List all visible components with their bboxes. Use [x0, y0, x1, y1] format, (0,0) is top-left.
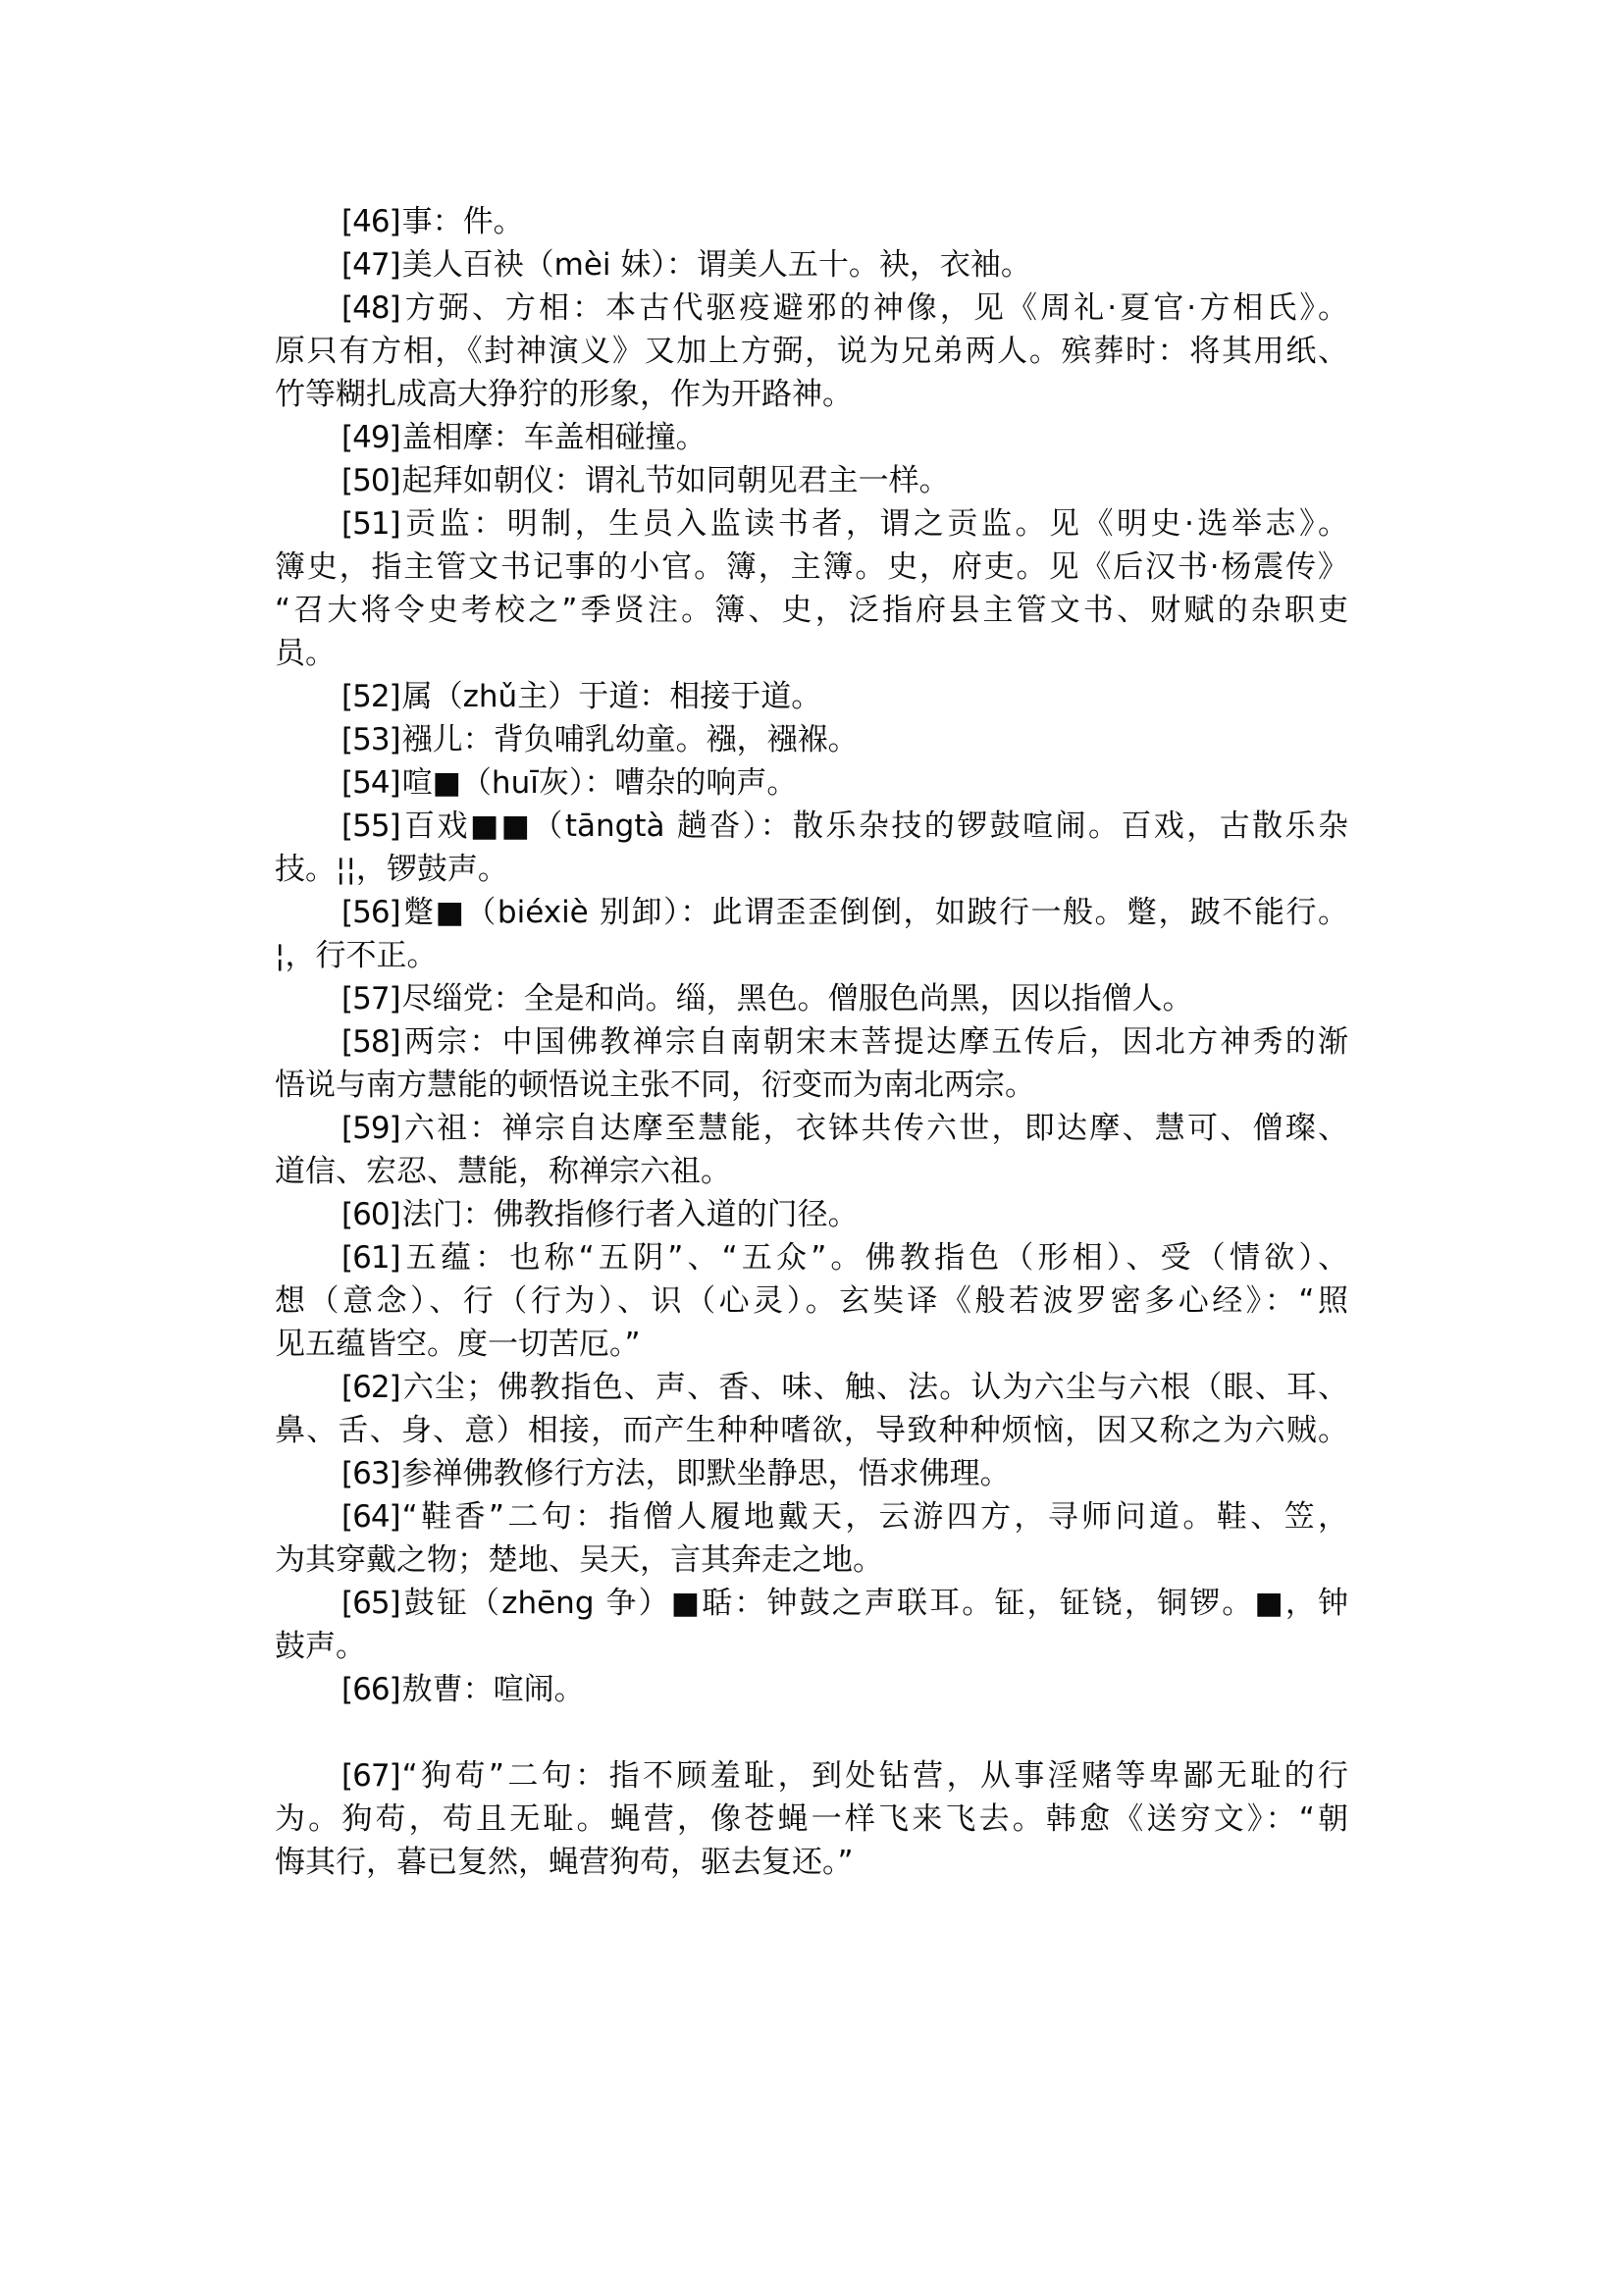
footnote-line: [53]襁儿：背负哺乳幼童。襁，襁褓。 [275, 718, 1348, 761]
footnote-57: [57]尽缁党：全是和尚。缁，黑色。僧服色尚黑，因以指僧人。 [275, 977, 1348, 1020]
footnote-number: [51] [341, 506, 400, 542]
footnote-text: 盖相摩：车盖相碰撞。 [402, 420, 707, 455]
footnote-line: [66]敖曹：喧闹。 [275, 1668, 1348, 1711]
footnote-text: 属（zhǔ主）于道：相接于道。 [402, 679, 822, 714]
footnote-number: [52] [341, 679, 400, 714]
footnote-60: [60]法门：佛教指修行者入道的门径。 [275, 1193, 1348, 1236]
footnote-number: [57] [341, 981, 400, 1017]
footnote-line: 悟说与南方慧能的顿悟说主张不同，衍变而为南北两宗。 [275, 1064, 1348, 1107]
footnote-text: 贡监：明制，生员入监读书者，谓之贡监。见《明史·选举志》。 [402, 506, 1348, 542]
footnote-line: [51]贡监：明制，生员入监读书者，谓之贡监。见《明史·选举志》。 [275, 502, 1348, 546]
footnote-line: [60]法门：佛教指修行者入道的门径。 [275, 1193, 1348, 1236]
footnote-text: 参禅佛教修行方法，即默坐静思，悟求佛理。 [402, 1456, 1011, 1491]
footnote-number: [47] [341, 247, 400, 283]
footnote-text: 六尘；佛教指色、声、香、味、触、法。认为六尘与六根（眼、耳、 [402, 1370, 1348, 1405]
footnote-number: [50] [341, 463, 400, 498]
footnote-text: 五蕴：也称“五阴”、“五众”。佛教指色（形相）、受（情欲）、 [402, 1240, 1348, 1276]
footnote-49: [49]盖相摩：车盖相碰撞。 [275, 416, 1348, 459]
footnote-line: [52]属（zhǔ主）于道：相接于道。 [275, 675, 1348, 718]
footnote-50: [50]起拜如朝仪：谓礼节如同朝见君主一样。 [275, 459, 1348, 502]
footnote-line: [65]鼓钲（zhēng 争）■聒：钟鼓之声联耳。钲，钲铙，铜锣。■，钟 [275, 1582, 1348, 1625]
footnote-line: 簿史，指主管文书记事的小官。簿，主簿。史，府吏。见《后汉书·杨震传》 [275, 546, 1348, 589]
footnote-number: [53] [341, 722, 400, 757]
footnote-54: [54]喧■（huī灰）：嘈杂的响声。 [275, 761, 1348, 805]
footnote-65: [65]鼓钲（zhēng 争）■聒：钟鼓之声联耳。钲，钲铙，铜锣。■，钟 鼓声。 [275, 1582, 1348, 1668]
footnote-text: 蹩■（biéxiè 别卸）：此谓歪歪倒倒，如跛行一般。蹩，跛不能行。 [402, 895, 1348, 930]
footnote-text: 六祖：禅宗自达摩至慧能，衣钵共传六世，即达摩、慧可、僧璨、 [402, 1111, 1348, 1146]
footnote-text: 起拜如朝仪：谓礼节如同朝见君主一样。 [402, 463, 950, 498]
footnote-47: [47]美人百袂（mèi 妹）：谓美人五十。袂，衣袖。 [275, 243, 1348, 287]
footnote-line: [47]美人百袂（mèi 妹）：谓美人五十。袂，衣袖。 [275, 243, 1348, 287]
footnote-51: [51]贡监：明制，生员入监读书者，谓之贡监。见《明史·选举志》。 簿史，指主管… [275, 502, 1348, 675]
footnote-63: [63]参禅佛教修行方法，即默坐静思，悟求佛理。 [275, 1452, 1348, 1495]
footnote-line: [64]“鞋香”二句：指僧人履地戴天，云游四方，寻师问道。鞋、笠， [275, 1495, 1348, 1538]
footnote-line: 为。狗苟，苟且无耻。蝇营，像苍蝇一样飞来飞去。韩愈《送穷文》：“朝 [275, 1798, 1348, 1841]
footnote-number: [64] [341, 1499, 400, 1535]
footnote-line: 技。¦¦，锣鼓声。 [275, 848, 1348, 891]
footnote-line: 为其穿戴之物；楚地、吴天，言其奔走之地。 [275, 1538, 1348, 1582]
footnote-line: 悔其行，暮已复然，蝇营狗苟，驱去复还。” [275, 1841, 1348, 1884]
footnote-line: [50]起拜如朝仪：谓礼节如同朝见君主一样。 [275, 459, 1348, 502]
blank-line [275, 1711, 1348, 1754]
footnote-text: 方弼、方相：本古代驱疫避邪的神像，见《周礼·夏官·方相氏》。 [402, 290, 1348, 326]
footnote-line: [46]事：件。 [275, 200, 1348, 243]
footnote-line: [48]方弼、方相：本古代驱疫避邪的神像，见《周礼·夏官·方相氏》。 [275, 287, 1348, 330]
footnote-number: [63] [341, 1456, 400, 1491]
footnote-number: [56] [341, 895, 400, 930]
footnote-64: [64]“鞋香”二句：指僧人履地戴天，云游四方，寻师问道。鞋、笠， 为其穿戴之物… [275, 1495, 1348, 1582]
footnote-number: [58] [341, 1024, 400, 1060]
footnote-line: [59]六祖：禅宗自达摩至慧能，衣钵共传六世，即达摩、慧可、僧璨、 [275, 1107, 1348, 1150]
footnote-number: [54] [341, 765, 400, 801]
footnote-number: [62] [341, 1370, 400, 1405]
footnote-text: 喧■（huī灰）：嘈杂的响声。 [402, 765, 798, 801]
footnote-text: 两宗：中国佛教禅宗自南朝宋末菩提达摩五传后，因北方神秀的渐 [402, 1024, 1348, 1060]
footnote-number: [61] [341, 1240, 400, 1276]
footnote-line: [67]“狗苟”二句：指不顾羞耻，到处钻营，从事淫赌等卑鄙无耻的行 [275, 1754, 1348, 1798]
footnote-text: 百戏■■（tāngtà 趟沓）：散乐杂技的锣鼓喧闹。百戏，古散乐杂 [402, 808, 1348, 844]
footnote-53: [53]襁儿：背负哺乳幼童。襁，襁褓。 [275, 718, 1348, 761]
footnote-line: 鼓声。 [275, 1625, 1348, 1668]
footnote-line: 见五蕴皆空。度一切苦厄。” [275, 1323, 1348, 1366]
footnote-line: [63]参禅佛教修行方法，即默坐静思，悟求佛理。 [275, 1452, 1348, 1495]
footnote-number: [66] [341, 1672, 400, 1707]
footnote-61: [61]五蕴：也称“五阴”、“五众”。佛教指色（形相）、受（情欲）、 想（意念）… [275, 1236, 1348, 1366]
footnote-62: [62]六尘；佛教指色、声、香、味、触、法。认为六尘与六根（眼、耳、 鼻、舌、身… [275, 1366, 1348, 1452]
footnote-line: 想（意念）、行（行为）、识（心灵）。玄奘译《般若波罗密多心经》：“照 [275, 1279, 1348, 1323]
footnote-56: [56]蹩■（biéxiè 别卸）：此谓歪歪倒倒，如跛行一般。蹩，跛不能行。 ¦… [275, 891, 1348, 977]
footnote-line: [58]两宗：中国佛教禅宗自南朝宋末菩提达摩五传后，因北方神秀的渐 [275, 1020, 1348, 1064]
footnote-number: [65] [341, 1586, 400, 1621]
footnote-text: 事：件。 [402, 204, 524, 239]
footnote-text: 襁儿：背负哺乳幼童。襁，襁褓。 [402, 722, 859, 757]
footnote-text: “狗苟”二句：指不顾羞耻，到处钻营，从事淫赌等卑鄙无耻的行 [402, 1758, 1348, 1794]
footnote-66: [66]敖曹：喧闹。 [275, 1668, 1348, 1711]
footnote-number: [49] [341, 420, 400, 455]
footnote-number: [60] [341, 1197, 400, 1232]
footnote-text: 敖曹：喧闹。 [402, 1672, 585, 1707]
footnote-text: 尽缁党：全是和尚。缁，黑色。僧服色尚黑，因以指僧人。 [402, 981, 1193, 1017]
document-page: [46]事：件。 [47]美人百袂（mèi 妹）：谓美人五十。袂，衣袖。 [48… [0, 0, 1624, 2294]
footnote-line: [57]尽缁党：全是和尚。缁，黑色。僧服色尚黑，因以指僧人。 [275, 977, 1348, 1020]
footnote-line: 道信、宏忍、慧能，称禅宗六祖。 [275, 1150, 1348, 1193]
footnote-line: ¦，行不正。 [275, 934, 1348, 977]
footnote-number: [59] [341, 1111, 400, 1146]
footnote-line: 员。 [275, 632, 1348, 675]
footnote-number: [55] [341, 808, 400, 844]
footnote-48: [48]方弼、方相：本古代驱疫避邪的神像，见《周礼·夏官·方相氏》。 原只有方相… [275, 287, 1348, 416]
footnote-67: [67]“狗苟”二句：指不顾羞耻，到处钻营，从事淫赌等卑鄙无耻的行 为。狗苟，苟… [275, 1754, 1348, 1884]
footnote-46: [46]事：件。 [275, 200, 1348, 243]
footnote-58: [58]两宗：中国佛教禅宗自南朝宋末菩提达摩五传后，因北方神秀的渐 悟说与南方慧… [275, 1020, 1348, 1107]
footnote-52: [52]属（zhǔ主）于道：相接于道。 [275, 675, 1348, 718]
footnote-text: “鞋香”二句：指僧人履地戴天，云游四方，寻师问道。鞋、笠， [402, 1499, 1348, 1535]
footnote-number: [46] [341, 204, 400, 239]
footnote-number: [48] [341, 290, 400, 326]
footnote-line: [61]五蕴：也称“五阴”、“五众”。佛教指色（形相）、受（情欲）、 [275, 1236, 1348, 1279]
footnote-line: [62]六尘；佛教指色、声、香、味、触、法。认为六尘与六根（眼、耳、 [275, 1366, 1348, 1409]
footnote-number: [67] [341, 1758, 400, 1794]
footnote-text: 鼓钲（zhēng 争）■聒：钟鼓之声联耳。钲，钲铙，铜锣。■，钟 [402, 1586, 1348, 1621]
footnote-line: 竹等糊扎成高大狰狞的形象，作为开路神。 [275, 373, 1348, 416]
footnote-line: 原只有方相，《封神演义》又加上方弼，说为兄弟两人。殡葬时：将其用纸、 [275, 330, 1348, 373]
footnote-line: [55]百戏■■（tāngtà 趟沓）：散乐杂技的锣鼓喧闹。百戏，古散乐杂 [275, 805, 1348, 848]
footnote-line: [56]蹩■（biéxiè 别卸）：此谓歪歪倒倒，如跛行一般。蹩，跛不能行。 [275, 891, 1348, 934]
footnote-line: [54]喧■（huī灰）：嘈杂的响声。 [275, 761, 1348, 805]
footnote-59: [59]六祖：禅宗自达摩至慧能，衣钵共传六世，即达摩、慧可、僧璨、 道信、宏忍、… [275, 1107, 1348, 1193]
footnote-text: 法门：佛教指修行者入道的门径。 [402, 1197, 859, 1232]
footnote-line: “召大将令史考校之”季贤注。簿、史，泛指府县主管文书、财赋的杂职吏 [275, 589, 1348, 632]
footnote-line: [49]盖相摩：车盖相碰撞。 [275, 416, 1348, 459]
footnote-55: [55]百戏■■（tāngtà 趟沓）：散乐杂技的锣鼓喧闹。百戏，古散乐杂 技。… [275, 805, 1348, 891]
footnote-text: 美人百袂（mèi 妹）：谓美人五十。袂，衣袖。 [402, 247, 1031, 283]
footnote-line: 鼻、舌、身、意）相接，而产生种种嗜欲，导致种种烦恼，因又称之为六贼。 [275, 1409, 1348, 1452]
footnotes-list: [46]事：件。 [47]美人百袂（mèi 妹）：谓美人五十。袂，衣袖。 [48… [275, 200, 1348, 1884]
